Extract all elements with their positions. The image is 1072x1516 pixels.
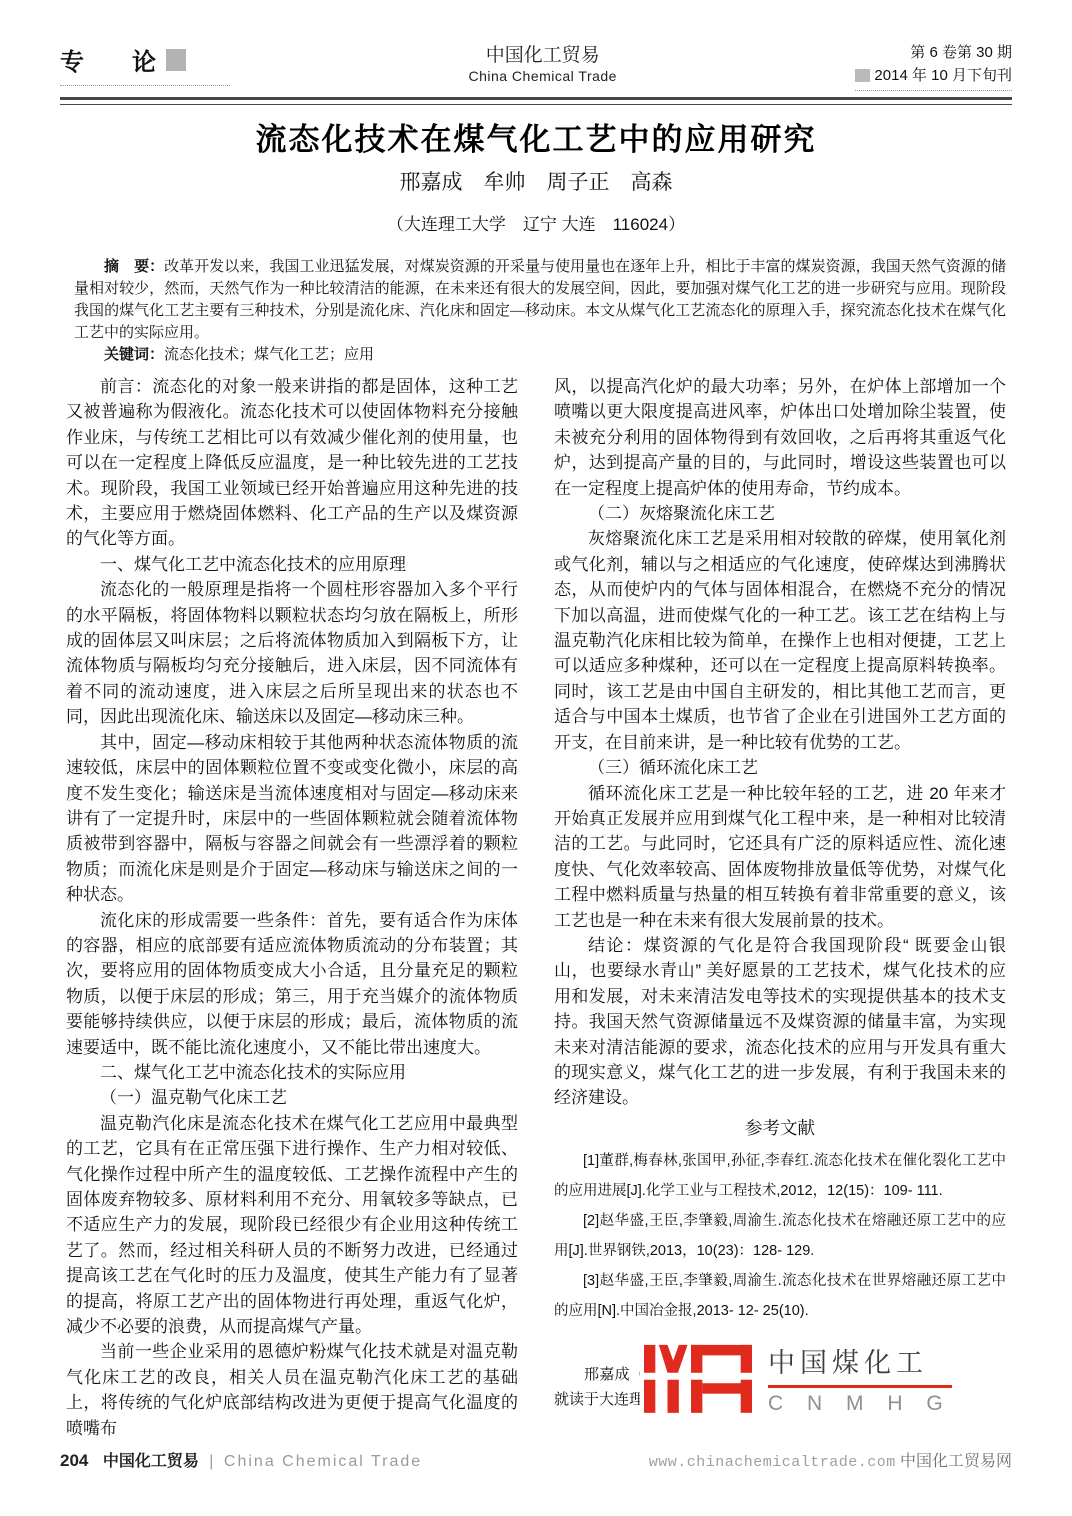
page-header: 专 论 中国化工贸易 China Chemical Trade 第 6 卷第 3…: [60, 42, 1012, 91]
keywords-paragraph: 关键词：流态化技术；煤气化工艺；应用: [74, 344, 1006, 366]
section-heading: 一、煤气化工艺中流态化技术的应用原理: [66, 552, 518, 577]
paragraph: 前言：流态化的对象一般来讲指的都是固体，这种工艺又被普遍称为假液化。流态化技术可…: [66, 374, 518, 552]
abstract-label: 摘 要：: [104, 258, 164, 275]
logo-name-cn: 中国煤化工: [768, 1341, 952, 1388]
gray-square-decoration: [166, 49, 186, 71]
reference-item: [3]赵华盛,王臣,李肇毅,周渝生.流态化技术在世界熔融还原工艺中的应用[N].…: [554, 1266, 1006, 1326]
affiliation-line: （大连理工大学 辽宁 大连 116024）: [0, 210, 1072, 235]
cnmhg-logo-text: 中国煤化工 C N M H G: [768, 1341, 952, 1416]
journal-page: 专 论 中国化工贸易 China Chemical Trade 第 6 卷第 3…: [0, 0, 1072, 1516]
footer-site-cn: 中国化工贸易网: [900, 1453, 1012, 1470]
subsection-heading: （三）循环流化床工艺: [554, 755, 1006, 780]
logo-name-en: C N M H G: [768, 1392, 952, 1416]
footer-url: www.chinachemicaltrade.com: [649, 1454, 896, 1471]
body-columns: 前言：流态化的对象一般来讲指的都是固体，这种工艺又被普遍称为假液化。流态化技术可…: [66, 374, 1006, 1441]
gray-square-decoration: [855, 69, 870, 82]
footer-right: www.chinachemicaltrade.com 中国化工贸易网: [649, 1448, 1012, 1471]
journal-name-en: China Chemical Trade: [468, 68, 617, 86]
cnmhg-logo-icon: [644, 1341, 752, 1415]
paragraph: 流态化的一般原理是指将一个圆柱形容器加入多个平行的水平隔板，将固体物料以颗粒状态…: [66, 577, 518, 729]
issue-date-row: 2014 年 10 月下旬刊: [855, 65, 1012, 92]
reference-item: [1]董群,梅春林,张国甲,孙征,李春红.流态化技术在催化裂化工艺中的应用进展[…: [554, 1146, 1006, 1206]
abstract-block: 摘 要：改革开发以来，我国工业迅猛发展，对煤炭资源的开采量与使用量也在逐年上升，…: [74, 256, 1006, 366]
issue-info-block: 第 6 卷第 30 期 2014 年 10 月下旬刊: [855, 42, 1012, 91]
footer-journal-cn: 中国化工贸易: [103, 1453, 199, 1470]
references-heading: 参考文献: [554, 1116, 1006, 1141]
paragraph: 其中，固定—移动床相较于其他两种状态流体物质的流速较低，床层中的固体颗粒位置不变…: [66, 730, 518, 908]
paragraph: 当前一些企业采用的恩德炉粉煤气化技术就是对温克勒气化床工艺的改良，相关人员在温克…: [66, 1339, 518, 1441]
issue-date: 2014 年 10 月下旬刊: [874, 65, 1012, 88]
left-column: 前言：流态化的对象一般来讲指的都是固体，这种工艺又被普遍称为假液化。流态化技术可…: [66, 374, 518, 1441]
article-title: 流态化技术在煤气化工艺中的应用研究: [0, 114, 1072, 159]
paragraph: 流化床的形成需要一些条件：首先，要有适合作为床体的容器，相应的底部要有适应流体物…: [66, 908, 518, 1060]
abstract-paragraph: 摘 要：改革开发以来，我国工业迅猛发展，对煤炭资源的开采量与使用量也在逐年上升，…: [74, 256, 1006, 344]
footer-left: 204 中国化工贸易 | China Chemical Trade: [60, 1448, 422, 1471]
header-double-rule: [60, 97, 1012, 105]
subsection-heading: （一）温克勒气化床工艺: [66, 1085, 518, 1110]
footer-journal-en: China Chemical Trade: [224, 1453, 422, 1470]
page-number: 204: [60, 1451, 88, 1470]
section-label: 专 论: [60, 42, 156, 77]
subsection-heading: （二）灰熔聚流化床工艺: [554, 501, 1006, 526]
keywords-text: 流态化技术；煤气化工艺；应用: [164, 347, 374, 363]
paragraph: 温克勒汽化床是流态化技术在煤气化工艺应用中最典型的工艺，它具有在正常压强下进行操…: [66, 1111, 518, 1340]
paragraph: 灰熔聚流化床工艺是采用相对较散的碎煤，使用氧化剂或气化剂，辅以与之相适应的气化速…: [554, 526, 1006, 755]
journal-name-cn: 中国化工贸易: [468, 44, 617, 68]
reference-item: [2]赵华盛,王臣,李肇毅,周渝生.流态化技术在熔融还原工艺中的应用[J].世界…: [554, 1206, 1006, 1266]
section-label-block: 专 论: [60, 42, 230, 86]
journal-name-block: 中国化工贸易 China Chemical Trade: [468, 44, 617, 85]
issue-volume: 第 6 卷第 30 期: [855, 42, 1012, 65]
keywords-label: 关键词：: [104, 346, 164, 363]
references-list: [1]董群,梅春林,张国甲,孙征,李春红.流态化技术在催化裂化工艺中的应用进展[…: [554, 1146, 1006, 1326]
paragraph-continuation: 风，以提高汽化炉的最大功率；另外，在炉体上部增加一个喷嘴以更大限度提高进风率，炉…: [554, 374, 1006, 501]
section-heading: 二、煤气化工艺中流态化技术的实际应用: [66, 1060, 518, 1085]
paragraph: 结论：煤资源的气化是符合我国现阶段“ 既要金山银山，也要绿水青山” 美好愿景的工…: [554, 933, 1006, 1111]
abstract-text: 改革开发以来，我国工业迅猛发展，对煤炭资源的开采量与使用量也在逐年上升，相比于丰…: [74, 259, 1006, 341]
authors-line: 邢嘉成 牟帅 周子正 高森: [0, 166, 1072, 196]
paragraph: 循环流化床工艺是一种比较年轻的工艺，进 20 年来才开始真正发展并应用到煤气化工…: [554, 781, 1006, 933]
right-column: 风，以提高汽化炉的最大功率；另外，在炉体上部增加一个喷嘴以更大限度提高进风率，炉…: [554, 374, 1006, 1441]
cnmhg-logo: 中国煤化工 C N M H G: [640, 1334, 1008, 1422]
page-footer: 204 中国化工贸易 | China Chemical Trade www.ch…: [60, 1448, 1012, 1471]
footer-divider: |: [209, 1453, 213, 1470]
